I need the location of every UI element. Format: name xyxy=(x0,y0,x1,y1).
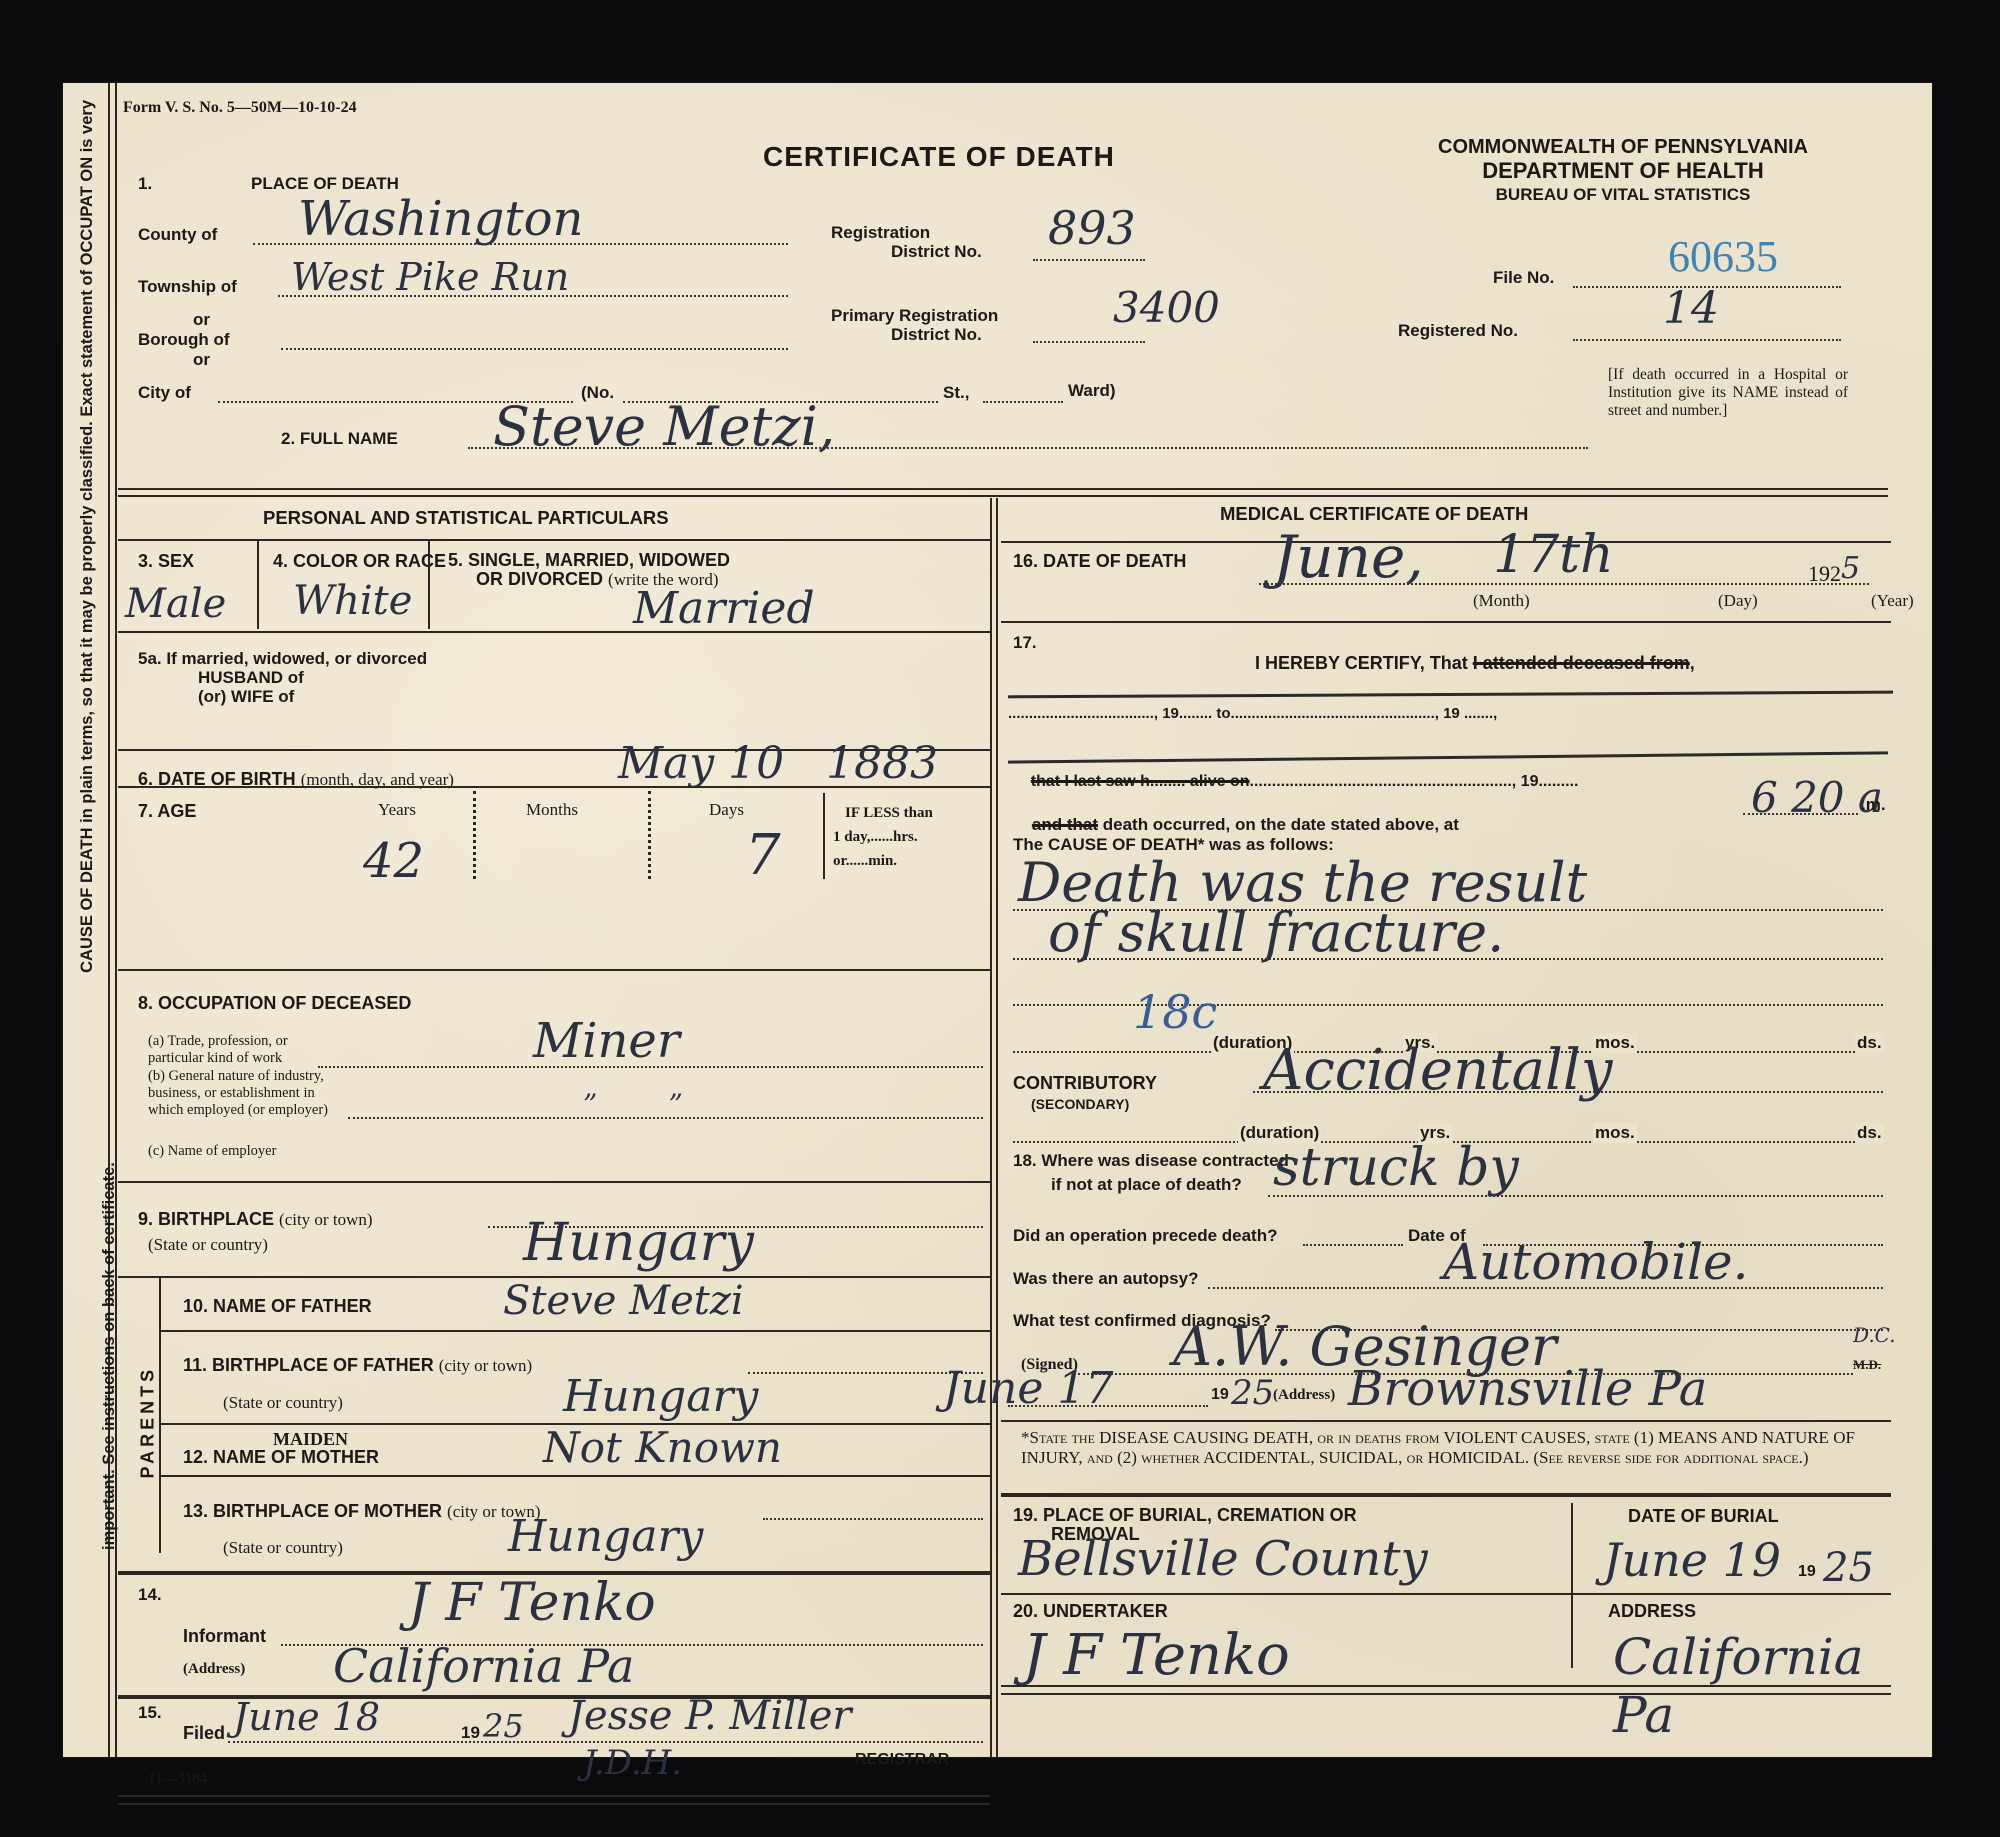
contributory-value[interactable]: Accidentally xyxy=(1263,1038,1612,1103)
mother-maiden-value[interactable]: Not Known xyxy=(543,1423,782,1472)
left-rule-5 xyxy=(118,969,990,971)
section-divider-top-2 xyxy=(118,495,1888,497)
registrar-signature[interactable]: Jesse P. Miller xyxy=(568,1693,852,1739)
agency-header: COMMONWEALTH OF PENNSYLVANIA DEPARTMENT … xyxy=(1373,135,1873,207)
filed-date-value[interactable]: June 18 xyxy=(233,1695,380,1739)
mother-birthplace-line xyxy=(763,1518,983,1520)
birthplace-state-label: (State or country) xyxy=(148,1235,268,1255)
race-marital-divider xyxy=(428,541,430,629)
full-name-label: 2. FULL NAME xyxy=(281,429,398,449)
undertaker-value[interactable]: J F Tenko xyxy=(1023,1623,1290,1688)
primary-registration-value[interactable]: 3400 xyxy=(1113,283,1220,332)
left-rule-13 xyxy=(118,1795,990,1797)
form-number: Form V. S. No. 5—50M—10-10-24 xyxy=(123,99,357,117)
personal-heading: PERSONAL AND STATISTICAL PARTICULARS xyxy=(263,507,669,529)
parents-side-rule xyxy=(159,1278,161,1553)
hospital-note: [If death occurred in a Hospital or Inst… xyxy=(1608,366,1848,420)
occ-a-label: (a) Trade, profession, or particular kin… xyxy=(148,1033,288,1067)
place-of-death-number: 1. xyxy=(138,174,152,194)
registration-district-line xyxy=(1033,259,1145,261)
mother-maiden-label: MAIDEN 12. NAME OF MOTHER xyxy=(183,1430,379,1466)
informant-label: Informant xyxy=(183,1626,266,1647)
form-code: 11—3184 xyxy=(148,1771,207,1788)
signed-suffix-hand: D.C. xyxy=(1853,1323,1896,1347)
secondary-label: (SECONDARY) xyxy=(1031,1096,1129,1112)
father-name-value[interactable]: Steve Metzi xyxy=(503,1278,744,1324)
right-rule-4 xyxy=(1001,1493,1891,1497)
right-rule-3 xyxy=(1001,1420,1891,1422)
operation-line xyxy=(1303,1244,1403,1246)
file-no-value[interactable]: 60635 xyxy=(1668,231,1778,282)
signed-suffix-struck: M.D. xyxy=(1853,1357,1881,1373)
left-rule-10 xyxy=(160,1475,990,1477)
occurred-m-label: .m. xyxy=(1861,795,1886,815)
age-less-note: IF LESS than 1 day,......hrs. or......mi… xyxy=(833,801,933,873)
dod-year-prefix: 192 xyxy=(1808,561,1841,587)
right-rule-2 xyxy=(1001,621,1891,623)
age-years-divider xyxy=(473,791,476,879)
left-rule-8 xyxy=(160,1330,990,1332)
contributory-label: CONTRIBUTORY xyxy=(1013,1073,1157,1094)
informant-address-label: (Address) xyxy=(183,1661,245,1678)
county-value[interactable]: Washington xyxy=(298,191,583,247)
occupation-label: 8. OCCUPATION OF DECEASED xyxy=(138,993,411,1014)
medical-heading: MEDICAL CERTIFICATE OF DEATH xyxy=(1220,503,1528,525)
informant-address-value[interactable]: California Pa xyxy=(333,1639,634,1693)
burial-date-value[interactable]: June 19 xyxy=(1603,1533,1781,1587)
registration-district-value[interactable]: 893 xyxy=(1048,201,1136,255)
township-label: Township of xyxy=(138,277,237,297)
left-rule-1 xyxy=(118,539,990,541)
age-years-label: Years xyxy=(378,800,416,820)
margin-note-line-2: important. See instructions on back of c… xyxy=(98,100,120,1750)
city-ward-label: Ward) xyxy=(1068,381,1116,401)
occ-b-label: (b) General nature of industry, business… xyxy=(148,1068,328,1119)
city-ward-field-line xyxy=(983,401,1063,403)
mother-birthplace-label: 13. BIRTHPLACE OF MOTHER (city or town) xyxy=(183,1501,541,1522)
burial-year-value[interactable]: 25 xyxy=(1823,1545,1874,1591)
margin-note: CAUSE OF DEATH in plain terms, so that i… xyxy=(76,100,120,1750)
cause-footnote: *State the DISEASE CAUSING DEATH, or in … xyxy=(1021,1428,1891,1468)
death-certificate: CAUSE OF DEATH in plain terms, so that i… xyxy=(63,83,1932,1757)
certify-text: I HEREBY CERTIFY, That I attended deceas… xyxy=(1255,653,1695,674)
signed-address-label: (Address) xyxy=(1273,1387,1335,1404)
township-value[interactable]: West Pike Run xyxy=(291,255,569,299)
city-label: City of xyxy=(138,383,191,403)
agency-line-3: BUREAU OF VITAL STATISTICS xyxy=(1373,183,1873,207)
column-divider-1 xyxy=(990,498,992,1758)
primary-registration-line xyxy=(1033,341,1145,343)
burial-address-label: ADDRESS xyxy=(1608,1601,1696,1622)
left-rule-2 xyxy=(118,631,990,633)
dod-year-value[interactable]: 5 xyxy=(1841,551,1860,586)
dob-value[interactable]: May 10 1883 xyxy=(618,738,938,789)
margin-note-line-1: CAUSE OF DEATH in plain terms, so that i… xyxy=(76,100,98,1750)
mother-birthplace-value[interactable]: Hungary xyxy=(508,1511,703,1562)
right-rule-6 xyxy=(1001,1685,1891,1687)
mother-birthplace-state-label: (State or country) xyxy=(223,1538,343,1558)
signed-year-prefix: 19 xyxy=(1211,1386,1229,1404)
left-rule-14 xyxy=(118,1803,990,1805)
occ-a-value[interactable]: Miner xyxy=(533,1013,680,1069)
birthplace-value[interactable]: Hungary xyxy=(523,1213,754,1273)
father-birthplace-value[interactable]: Hungary xyxy=(563,1371,758,1422)
birthplace-label: 9. BIRTHPLACE (city or town) xyxy=(138,1209,373,1230)
column-divider-2 xyxy=(996,498,998,1758)
informant-value[interactable]: J F Tenko xyxy=(408,1573,656,1633)
city-st-label: St., xyxy=(943,383,969,403)
registered-no-line xyxy=(1573,339,1841,341)
father-birthplace-state-label: (State or country) xyxy=(223,1393,343,1413)
father-name-label: 10. NAME OF FATHER xyxy=(183,1296,372,1317)
dod-month-label: (Month) xyxy=(1473,591,1530,611)
informant-number: 14. xyxy=(138,1585,162,1605)
signed-year-value[interactable]: 25 xyxy=(1231,1373,1274,1413)
sex-label: 3. SEX xyxy=(138,551,194,572)
registration-district-label: Registration District No. xyxy=(831,223,982,261)
age-days-value[interactable]: 7 xyxy=(745,823,781,888)
left-rule-6 xyxy=(118,1181,990,1183)
borough-field-line xyxy=(281,348,788,350)
file-no-label: File No. xyxy=(1493,268,1554,288)
dod-day-value[interactable]: 17th xyxy=(1493,525,1614,585)
right-rule-7 xyxy=(1001,1693,1891,1695)
borough-label: Borough of xyxy=(138,330,230,350)
father-birthplace-label: 11. BIRTHPLACE OF FATHER (city or town) xyxy=(183,1355,532,1376)
registered-no-value[interactable]: 14 xyxy=(1663,283,1719,334)
right-rule-5 xyxy=(1001,1593,1891,1595)
or-label-2: or xyxy=(193,350,210,370)
autopsy-label: Was there an autopsy? xyxy=(1013,1269,1198,1289)
section-divider-top xyxy=(118,488,1888,490)
primary-registration-label: Primary Registration District No. xyxy=(831,306,998,344)
age-months-divider xyxy=(648,791,651,879)
cause-line-2-value[interactable]: of skull fracture. xyxy=(1048,901,1504,964)
filed-year-prefix: 19 xyxy=(461,1723,480,1743)
undertaker-label: 20. UNDERTAKER xyxy=(1013,1601,1168,1622)
county-label: County of xyxy=(138,225,217,245)
dod-month-value[interactable]: June, xyxy=(1273,523,1424,591)
parents-side-label: PARENTS xyxy=(138,1369,159,1479)
agency-line-1: COMMONWEALTH OF PENNSYLVANIA xyxy=(1373,135,1873,159)
age-days-label: Days xyxy=(709,800,744,820)
registrar-initials: J.D.H. xyxy=(583,1743,682,1783)
strike-line-1 xyxy=(1008,691,1893,699)
sex-race-divider xyxy=(257,541,259,629)
full-name-value[interactable]: Steve Metzi, xyxy=(493,395,835,458)
burial-divider xyxy=(1571,1503,1573,1668)
mos-label-2: mos. xyxy=(1593,1123,1637,1143)
autopsy-value[interactable]: Automobile. xyxy=(1443,1233,1749,1291)
filed-number: 15. xyxy=(138,1703,162,1723)
dod-label: 16. DATE OF DEATH xyxy=(1013,551,1186,572)
age-months-label: Months xyxy=(526,800,578,820)
spouse-label: 5a. If married, widowed, or divorced HUS… xyxy=(138,649,427,706)
registrar-label: REGISTRAR xyxy=(855,1751,949,1769)
race-value[interactable]: White xyxy=(293,578,412,624)
or-label-1: or xyxy=(193,310,210,330)
signed-date-value[interactable]: June 17 xyxy=(943,1363,1113,1414)
age-less-divider xyxy=(823,793,825,879)
right-rule-1 xyxy=(1001,541,1891,543)
left-rule-4 xyxy=(118,786,990,788)
ds-label-1: ds. xyxy=(1855,1033,1884,1053)
where-contracted-label: 18. Where was disease contracted if not … xyxy=(1013,1149,1289,1197)
burial-date-label: DATE OF BURIAL xyxy=(1628,1506,1779,1527)
filed-year-value[interactable]: 25 xyxy=(483,1707,524,1745)
race-label: 4. COLOR OR RACE xyxy=(273,551,446,572)
marital-value[interactable]: Married xyxy=(633,583,815,634)
sex-value[interactable]: Male xyxy=(125,581,226,627)
age-label: 7. AGE xyxy=(138,801,196,822)
document-title: CERTIFICATE OF DEATH xyxy=(763,141,1115,173)
where-contracted-value[interactable]: struck by xyxy=(1273,1138,1519,1198)
filed-label: Filed xyxy=(183,1723,225,1744)
occ-b-value[interactable]: ” ” xyxy=(583,1088,683,1121)
burial-year-prefix: 19 xyxy=(1798,1563,1816,1581)
occ-c-label: (c) Name of employer xyxy=(148,1143,276,1160)
agency-line-2: DEPARTMENT OF HEALTH xyxy=(1373,159,1873,183)
operation-label: Did an operation precede death? xyxy=(1013,1226,1278,1246)
dod-year-label: (Year) xyxy=(1871,591,1914,611)
age-years-value[interactable]: 42 xyxy=(363,833,424,889)
signed-address-value[interactable]: Brownsville Pa xyxy=(1348,1361,1707,1417)
ds-label-2: ds. xyxy=(1855,1123,1884,1143)
burial-place-value[interactable]: Bellsville County xyxy=(1018,1531,1428,1587)
cause-code: 18c xyxy=(1133,985,1217,1039)
dod-day-label: (Day) xyxy=(1718,591,1758,611)
registered-no-label: Registered No. xyxy=(1398,321,1518,341)
from-to-line: ..................................., 19.… xyxy=(1008,705,1497,722)
certify-number: 17. xyxy=(1013,633,1037,653)
